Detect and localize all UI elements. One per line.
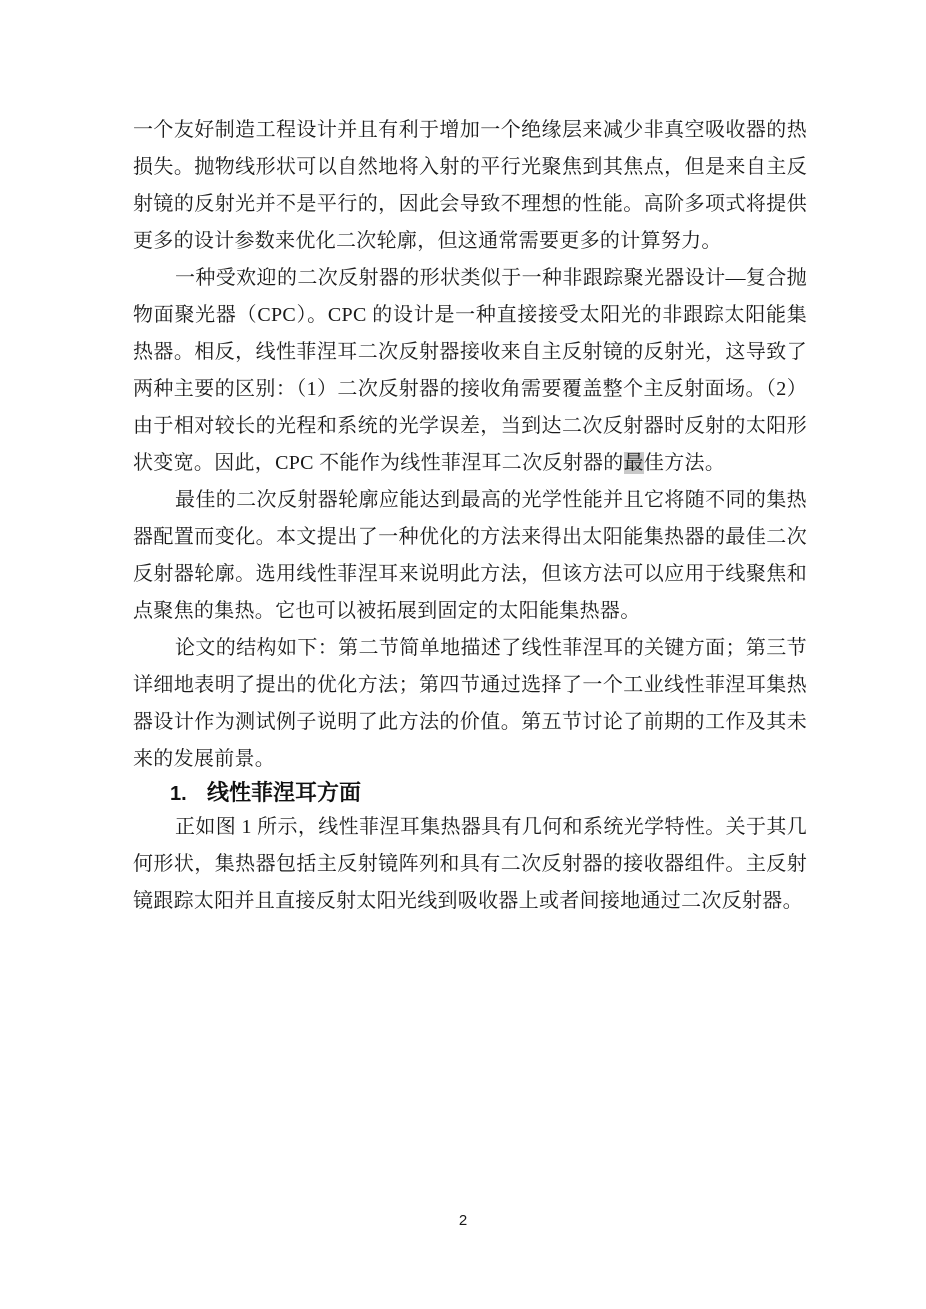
section-heading-title: 线性菲涅耳方面: [207, 780, 361, 805]
page-footer: 2: [0, 1212, 926, 1229]
section-heading: 1.线性菲涅耳方面: [133, 778, 807, 809]
highlighted-character: 最: [624, 452, 644, 474]
document-body: 一个友好制造工程设计并且有利于增加一个绝缘层来减少非真空吸收器的热损失。抛物线形…: [133, 112, 807, 920]
paragraph-continuation: 一个友好制造工程设计并且有利于增加一个绝缘层来减少非真空吸收器的热损失。抛物线形…: [133, 112, 807, 260]
paragraph: 正如图 1 所示，线性菲涅耳集热器具有几何和系统光学特性。关于其几何形状，集热器…: [133, 809, 807, 920]
page-number: 2: [0, 1212, 926, 1229]
section-heading-number: 1.: [170, 780, 207, 809]
paragraph-text: 一种受欢迎的二次反射器的形状类似于一种非跟踪聚光器设计—复合抛物面聚光器（CPC…: [133, 267, 807, 474]
document-page: 一个友好制造工程设计并且有利于增加一个绝缘层来减少非真空吸收器的热损失。抛物线形…: [0, 0, 926, 1309]
paragraph: 一种受欢迎的二次反射器的形状类似于一种非跟踪聚光器设计—复合抛物面聚光器（CPC…: [133, 260, 807, 482]
paragraph: 最佳的二次反射器轮廓应能达到最高的光学性能并且它将随不同的集热器配置而变化。本文…: [133, 482, 807, 630]
paragraph-text: 佳方法。: [644, 452, 725, 474]
paragraph-text: 一个友好制造工程设计并且有利于增加一个绝缘层来减少非真空吸收器的热损失。抛物线形…: [133, 119, 807, 252]
paragraph-text: 论文的结构如下：第二节简单地描述了线性菲涅耳的关键方面；第三节详细地表明了提出的…: [133, 637, 807, 770]
paragraph-text: 正如图 1 所示，线性菲涅耳集热器具有几何和系统光学特性。关于其几何形状，集热器…: [133, 816, 807, 912]
paragraph-text: 最佳的二次反射器轮廓应能达到最高的光学性能并且它将随不同的集热器配置而变化。本文…: [133, 489, 807, 622]
paragraph: 论文的结构如下：第二节简单地描述了线性菲涅耳的关键方面；第三节详细地表明了提出的…: [133, 630, 807, 778]
